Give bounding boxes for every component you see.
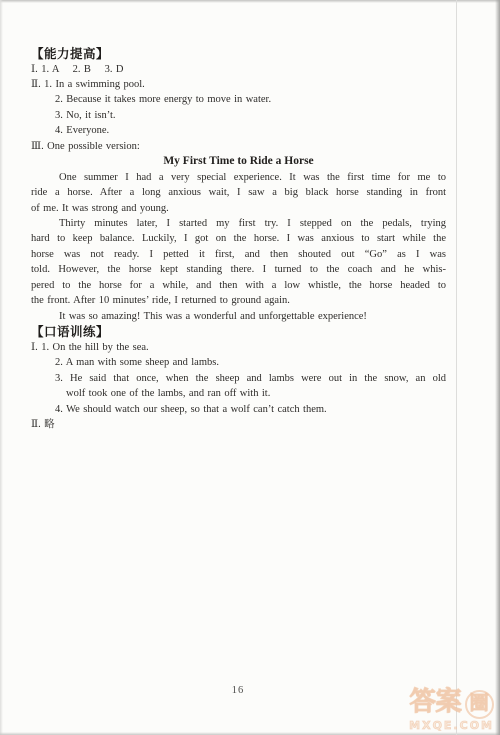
answer-line: 3. He said that once, when the sheep and… <box>31 371 446 386</box>
watermark-circle-char: 圈 <box>465 690 494 719</box>
watermark-logo: 答案圈 MXQE.COM <box>409 688 494 732</box>
answer-line: 2. Because it takes more energy to move … <box>31 92 446 107</box>
essay-line: Thirty minutes later, I started my first… <box>31 216 446 231</box>
essay-title: My First Time to Ride a Horse <box>31 154 446 169</box>
page-edge-right <box>495 0 500 735</box>
essay-line: One summer I had a very special experien… <box>31 170 446 185</box>
answer-line: 3. No, it isn’t. <box>31 108 446 123</box>
page-content: 【能力提高】 Ⅰ. 1. A 2. B 3. D Ⅱ. 1. In a swim… <box>31 46 446 432</box>
answer-choice-line: Ⅰ. 1. A 2. B 3. D <box>31 62 446 77</box>
answer-line-omitted: Ⅱ. 略 <box>31 417 446 432</box>
watermark-brand-text: 答案圈 <box>409 688 494 719</box>
answer-line-version: Ⅲ. One possible version: <box>31 139 446 154</box>
answer-line: wolf took one of the lambs, and ran off … <box>31 386 446 401</box>
essay-line: of me. It was strong and young. <box>31 201 446 216</box>
essay-line: horse was not ready. I petted it first, … <box>31 247 446 262</box>
essay-line: told. However, the horse kept standing t… <box>31 262 446 277</box>
essay-line: pered to the horse for a while, and then… <box>31 278 446 293</box>
essay-line: It was so amazing! This was a wonderful … <box>31 309 446 324</box>
section-header-oral: 【口语训练】 <box>31 324 446 340</box>
page-number: 16 <box>0 685 476 696</box>
section-header-ability: 【能力提高】 <box>31 46 446 62</box>
answer-line: 4. We should watch our sheep, so that a … <box>31 402 446 417</box>
answer-line: 4. Everyone. <box>31 123 446 138</box>
answer-page: 【能力提高】 Ⅰ. 1. A 2. B 3. D Ⅱ. 1. In a swim… <box>0 0 500 735</box>
answer-line: 2. A man with some sheep and lambs. <box>31 355 446 370</box>
page-edge-left <box>0 0 3 735</box>
essay-line: the front. After 10 minutes’ ride, I ret… <box>31 293 446 308</box>
page-fold-line <box>456 0 457 735</box>
watermark-brand-prefix: 答案 <box>410 687 462 717</box>
essay-line: ride a horse. After a long anxious wait,… <box>31 185 446 200</box>
watermark-site-url: MXQE.COM <box>409 719 494 732</box>
page-edge-top <box>0 0 500 3</box>
answer-line: Ⅰ. 1. On the hill by the sea. <box>31 340 446 355</box>
essay-line: hard to keep balance. Luckily, I got on … <box>31 231 446 246</box>
answer-line: Ⅱ. 1. In a swimming pool. <box>31 77 446 92</box>
